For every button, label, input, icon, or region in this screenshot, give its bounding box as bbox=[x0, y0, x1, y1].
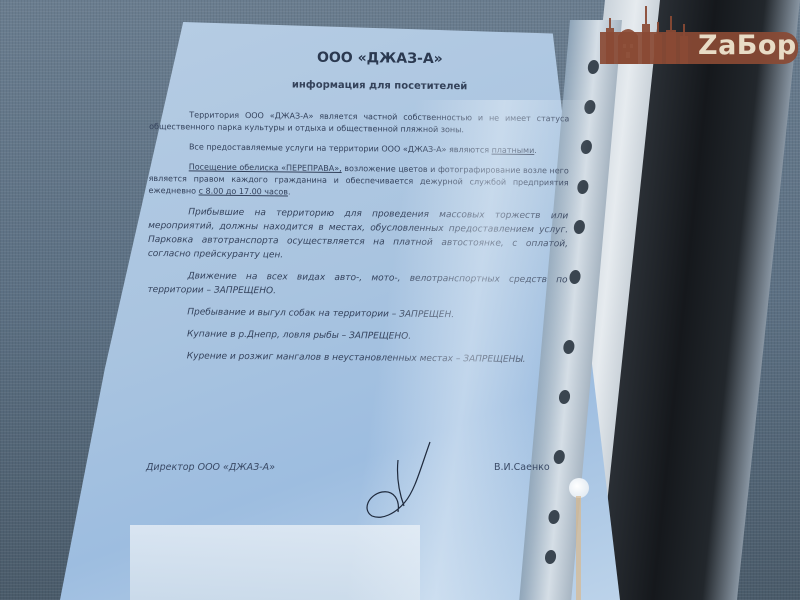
watermark-logo: ZaБор bbox=[600, 6, 800, 66]
notice-title: ООО «ДЖАЗ-А» bbox=[190, 48, 570, 68]
obelisk-lead: Посещение обелиска «ПЕРЕПРАВА», bbox=[189, 162, 342, 173]
pushpin-stick bbox=[576, 496, 581, 600]
signature-name: В.И.Саенко bbox=[494, 462, 550, 473]
handwritten-signature-icon bbox=[360, 440, 440, 530]
watermark-brand: ZaБор bbox=[698, 30, 797, 61]
obelisk-hours: с 8.00 до 17.00 часов bbox=[199, 187, 288, 197]
pushpin-head bbox=[569, 478, 589, 498]
notice-subtitle: информация для посетителей bbox=[190, 78, 570, 93]
punch-hole bbox=[548, 510, 560, 524]
obelisk-end: . bbox=[288, 187, 291, 196]
punch-hole bbox=[544, 550, 556, 564]
punch-hole bbox=[587, 60, 599, 74]
punch-hole bbox=[558, 390, 570, 404]
